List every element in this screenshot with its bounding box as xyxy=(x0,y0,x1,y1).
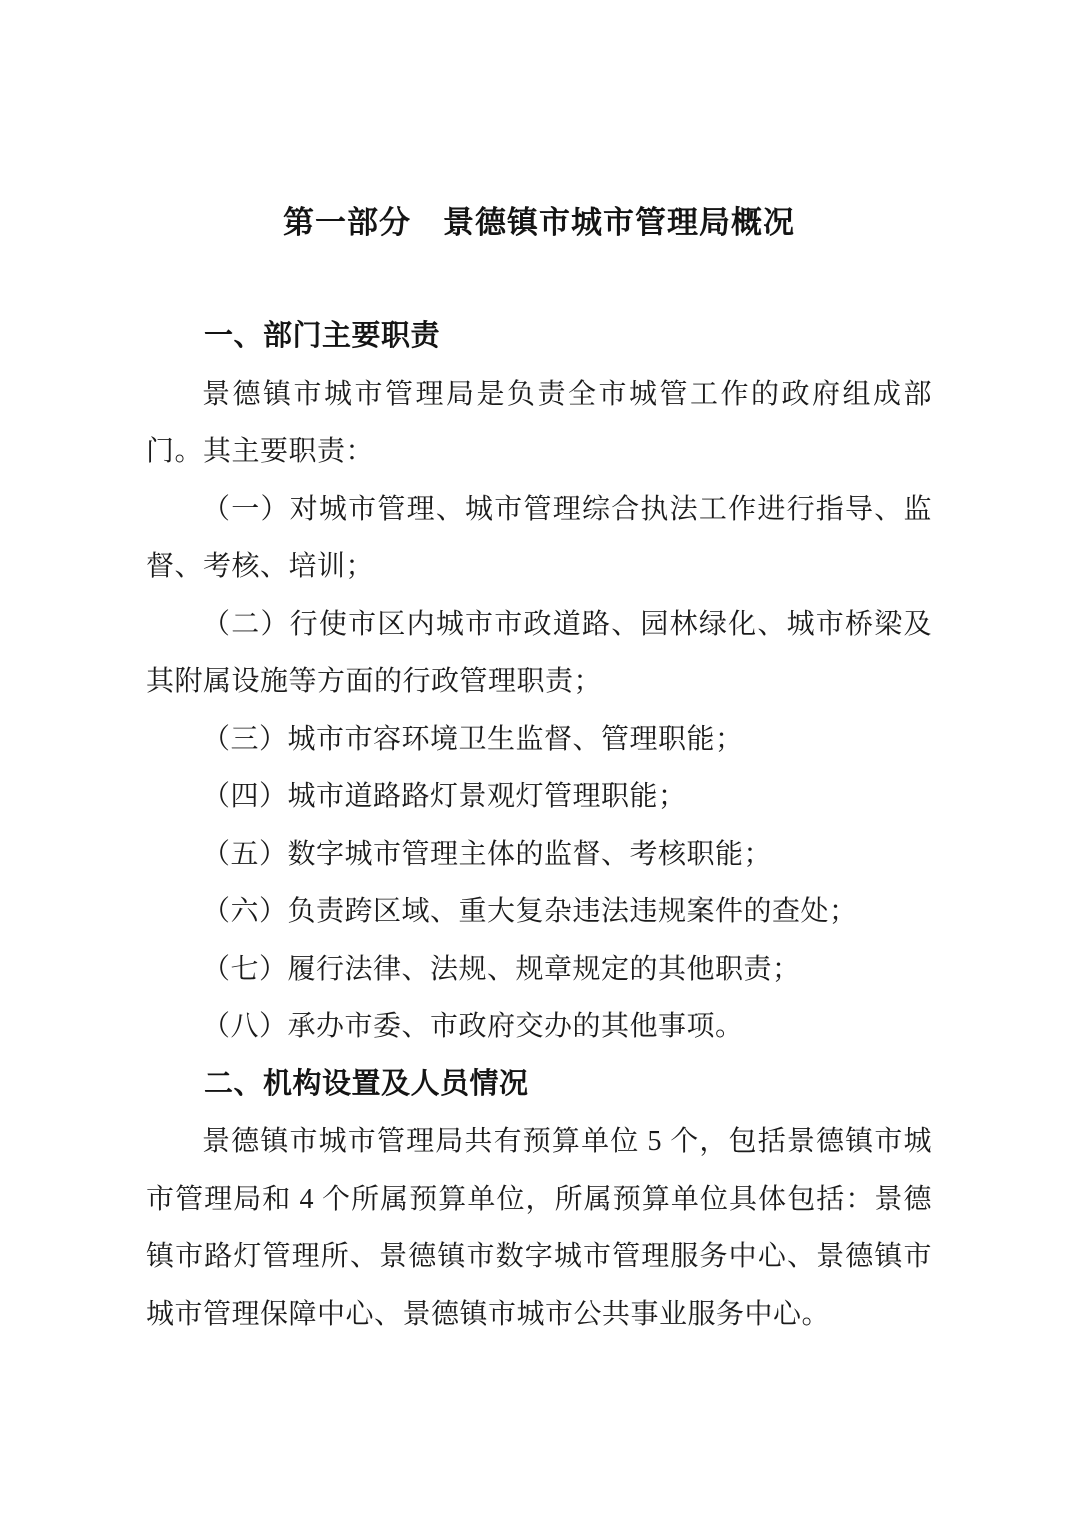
paragraph-duty-7: （七）履行法律、法规、规章规定的其他职责； xyxy=(146,941,932,999)
section-organization-heading: 二、机构设置及人员情况 xyxy=(146,1056,932,1114)
section-duties-heading: 一、部门主要职责 xyxy=(146,308,932,366)
paragraph-duty-6: （六）负责跨区域、重大复杂违法违规案件的查处； xyxy=(146,883,932,941)
section-duties: 一、部门主要职责 景德镇市城市管理局是负责全市城管工作的政府组成部门。其主要职责… xyxy=(146,308,932,1056)
paragraph-intro: 景德镇市城市管理局是负责全市城管工作的政府组成部门。其主要职责： xyxy=(146,366,932,481)
document-page: 第一部分 景德镇市城市管理局概况 一、部门主要职责 景德镇市城市管理局是负责全市… xyxy=(0,0,1074,1520)
paragraph-duty-5: （五）数字城市管理主体的监督、考核职能； xyxy=(146,826,932,884)
paragraph-duty-3: （三）城市市容环境卫生监督、管理职能； xyxy=(146,711,932,769)
document-title: 第一部分 景德镇市城市管理局概况 xyxy=(146,200,932,246)
section-organization: 二、机构设置及人员情况 景德镇市城市管理局共有预算单位 5 个，包括景德镇市城市… xyxy=(146,1056,932,1344)
paragraph-duty-4: （四）城市道路路灯景观灯管理职能； xyxy=(146,768,932,826)
paragraph-duty-1: （一）对城市管理、城市管理综合执法工作进行指导、监督、考核、培训； xyxy=(146,481,932,596)
paragraph-duty-2: （二）行使市区内城市市政道路、园林绿化、城市桥梁及其附属设施等方面的行政管理职责… xyxy=(146,596,932,711)
paragraph-organization: 景德镇市城市管理局共有预算单位 5 个，包括景德镇市城市管理局和 4 个所属预算… xyxy=(146,1113,932,1343)
paragraph-duty-8: （八）承办市委、市政府交办的其他事项。 xyxy=(146,998,932,1056)
